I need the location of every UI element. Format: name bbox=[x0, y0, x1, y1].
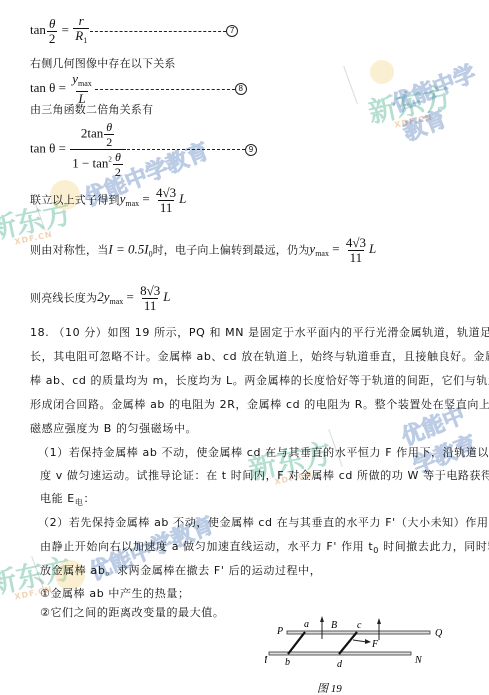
equation-9: tan θ = 2tanθ2 1 − tan2θ2 9 bbox=[30, 120, 257, 179]
svg-text:P: P bbox=[276, 626, 283, 637]
b-field-arrow-icon bbox=[320, 616, 324, 622]
svg-text:图 19: 图 19 bbox=[317, 682, 342, 695]
xdf-watermark: 新东方XDF.CN bbox=[364, 75, 455, 135]
svg-text:d: d bbox=[337, 659, 343, 670]
svg-text:B: B bbox=[331, 620, 337, 631]
youneng-logo-icon bbox=[370, 60, 394, 84]
problem-18-line-4: 形成闭合回路。金属棒 ab 的电阻为 2R，金属棒 cd 的电阻为 R。整个装置… bbox=[30, 398, 489, 411]
equation-marker-9: 9 bbox=[245, 144, 257, 156]
rail-pq bbox=[287, 631, 430, 634]
equation-symmetry: 则由对称性，当I = 0.5I0时，电子向上偏转到最远，仍为ymax = 4√3… bbox=[30, 236, 376, 265]
text-geometry-relation: 右侧几何图像中存在以下关系 bbox=[30, 57, 176, 70]
force-arrow-icon bbox=[365, 639, 371, 644]
part-1-line-1: （1）若保持金属棒 ab 不动，使金属棒 cd 在与其垂直的水平恒力 F 作用下… bbox=[38, 446, 489, 459]
question-1: ①金属棒 ab 中产生的热量； bbox=[40, 587, 190, 600]
problem-18-line-5: 磁感应强度为 B 的匀强磁场中。 bbox=[30, 422, 197, 435]
svg-text:a: a bbox=[304, 619, 309, 630]
svg-text:c: c bbox=[357, 620, 362, 631]
youneng-watermark: 优能中学教育 bbox=[387, 55, 489, 148]
question-2: ②它们之间的距离改变量的最大值。 bbox=[40, 606, 224, 619]
svg-text:M: M bbox=[265, 655, 268, 666]
equation-combine: 联立以上式子得到ymax = 4√311L bbox=[30, 186, 186, 215]
part-1-line-2: 度 v 做匀速运动。试推导论证：在 t 时间内，F 对金属棒 cd 所做的功 W… bbox=[40, 469, 489, 482]
part-2-line-1: （2）若先保持金属棒 ab 不动，使金属棒 cd 在与其垂直的水平力 F'（大小… bbox=[38, 516, 489, 529]
svg-text:b: b bbox=[285, 657, 290, 668]
rod-ab bbox=[288, 632, 305, 654]
equation-7: tanθ2 = rR17 bbox=[30, 14, 238, 48]
equation-marker-7: 7 bbox=[226, 25, 238, 37]
document-page: 新东方XDF.CN 优能中学教育 新东方XDF.CN 优能中学教育 新东方XDF… bbox=[0, 0, 489, 695]
equation-marker-8: 8 bbox=[235, 83, 247, 95]
problem-18-line-3: 棒 ab、cd 的质量均为 m，长度均为 L。两金属棒的长度恰好等于轨道的间距，… bbox=[30, 374, 489, 387]
svg-text:N: N bbox=[414, 655, 423, 666]
equation-8: tan θ = ymaxL8 bbox=[30, 72, 247, 106]
problem-18-line-1: 18. （10 分）如图 19 所示，PQ 和 MN 是固定于水平面内的平行光滑… bbox=[30, 326, 489, 339]
watermark-divider bbox=[343, 66, 358, 104]
part-2-line-2: 由静止开始向右以加速度 a 做匀加速直线运动，水平力 F' 作用 t0 时间撤去… bbox=[40, 540, 489, 557]
b-field-arrow-icon-2 bbox=[377, 618, 381, 624]
part-2-line-3: 放金属棒 ab。求两金属棒在撤去 F' 后的运动过程中， bbox=[40, 564, 321, 577]
problem-18-line-2: 长，其电阻可忽略不计。金属棒 ab、cd 放在轨道上，始终与轨道垂直，且接触良好… bbox=[30, 350, 489, 363]
xdf-watermark-3: 新东方XDF.CN bbox=[244, 432, 335, 492]
svg-text:F: F bbox=[371, 639, 379, 650]
part-1-line-3: 电能 E电： bbox=[40, 492, 95, 509]
equation-line-length: 则亮线长度为2ymax = 8√311L bbox=[30, 284, 170, 313]
figure-19-rails-diagram: P a B c Q F M b d N 图 19 bbox=[265, 615, 480, 695]
text-trig-relation: 由三角函数二倍角关系有 bbox=[30, 103, 153, 116]
rod-cd bbox=[339, 632, 357, 654]
svg-text:Q: Q bbox=[435, 628, 443, 639]
